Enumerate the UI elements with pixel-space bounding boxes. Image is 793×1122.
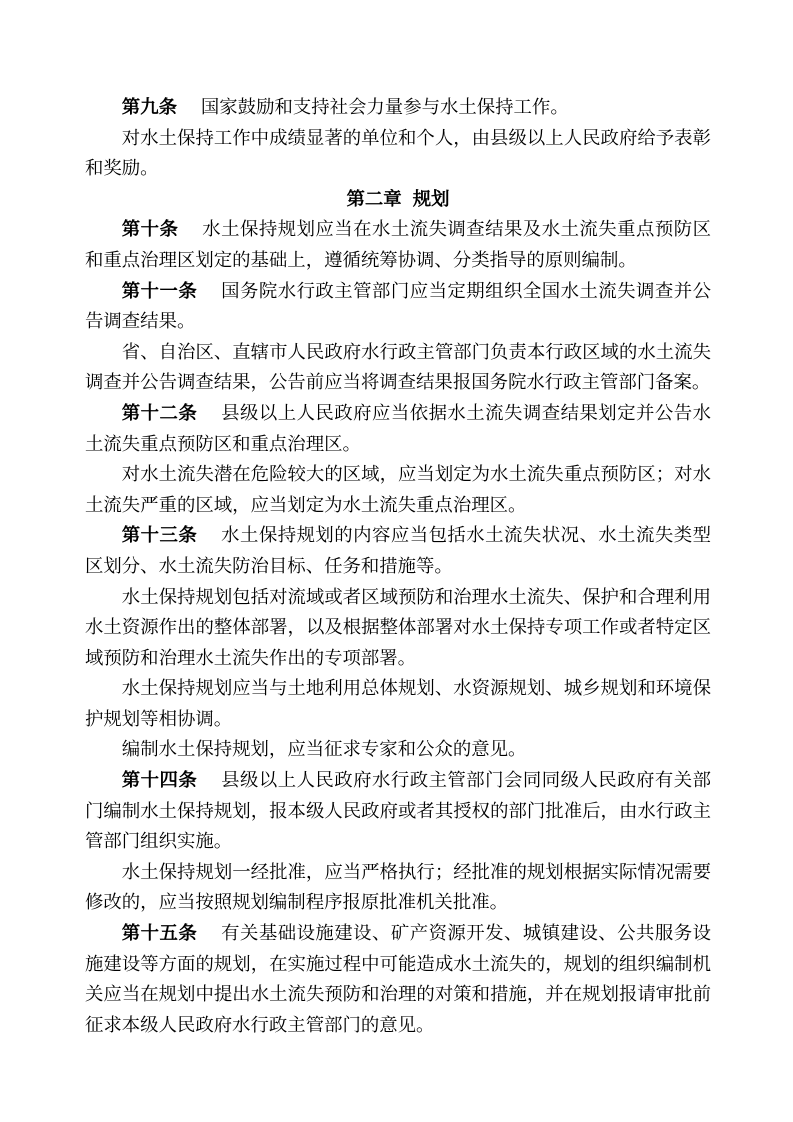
chapter-heading: 第二章 规划	[85, 184, 711, 215]
article-number: 第十一条	[122, 281, 197, 301]
article-number: 第十三条	[122, 525, 197, 545]
paragraph-text: 水土保持规划应当与土地利用总体规划、水资源规划、城乡规划和环境保护规划等相协调。	[85, 678, 711, 729]
body-paragraph: 水土保持规划一经批准，应当严格执行；经批准的规划根据实际情况需要修改的，应当按照…	[85, 857, 711, 918]
article-paragraph: 第十二条县级以上人民政府应当依据水土流失调查结果划定并公告水土流失重点预防区和重…	[85, 398, 711, 459]
article-paragraph: 第十四条县级以上人民政府水行政主管部门会同同级人民政府有关部门编制水土保持规划，…	[85, 765, 711, 857]
paragraph-text: 水土保持规划一经批准，应当严格执行；经批准的规划根据实际情况需要修改的，应当按照…	[85, 862, 711, 913]
chapter-heading-text: 第二章 规划	[347, 189, 450, 209]
article-number: 第九条	[122, 97, 177, 117]
body-paragraph: 对水土保持工作中成绩显著的单位和个人，由县级以上人民政府给予表彰和奖励。	[85, 123, 711, 184]
article-text: 水土保持规划应当在水土流失调查结果及水土流失重点预防区和重点治理区划定的基础上，…	[85, 219, 711, 270]
body-paragraph: 水土保持规划包括对流域或者区域预防和治理水土流失、保护和合理利用水土资源作出的整…	[85, 582, 711, 674]
article-number: 第十二条	[122, 403, 197, 423]
article-paragraph: 第十五条有关基础设施建设、矿产资源开发、城镇建设、公共服务设施建设等方面的规划，…	[85, 918, 711, 1040]
article-number: 第十五条	[122, 923, 197, 943]
paragraph-text: 水土保持规划包括对流域或者区域预防和治理水土流失、保护和合理利用水土资源作出的整…	[85, 587, 711, 668]
document-page: 第九条国家鼓励和支持社会力量参与水土保持工作。 对水土保持工作中成绩显著的单位和…	[0, 0, 793, 1122]
body-paragraph: 对水土流失潜在危险较大的区域，应当划定为水土流失重点预防区；对水土流失严重的区域…	[85, 459, 711, 520]
article-text: 国家鼓励和支持社会力量参与水土保持工作。	[201, 97, 569, 117]
article-paragraph: 第十三条水土保持规划的内容应当包括水土流失状况、水土流失类型区划分、水土流失防治…	[85, 520, 711, 581]
paragraph-text: 省、自治区、直辖市人民政府水行政主管部门负责本行政区域的水土流失调查并公告调查结…	[85, 342, 711, 393]
body-paragraph: 省、自治区、直辖市人民政府水行政主管部门负责本行政区域的水土流失调查并公告调查结…	[85, 337, 711, 398]
body-paragraph: 编制水土保持规划，应当征求专家和公众的意见。	[85, 734, 711, 765]
paragraph-text: 编制水土保持规划，应当征求专家和公众的意见。	[122, 739, 527, 759]
article-number: 第十四条	[122, 770, 197, 790]
article-paragraph: 第十条水土保持规划应当在水土流失调查结果及水土流失重点预防区和重点治理区划定的基…	[85, 214, 711, 275]
article-paragraph: 第十一条国务院水行政主管部门应当定期组织全国水土流失调查并公告调查结果。	[85, 276, 711, 337]
paragraph-text: 对水土保持工作中成绩显著的单位和个人，由县级以上人民政府给予表彰和奖励。	[85, 128, 711, 179]
article-paragraph: 第九条国家鼓励和支持社会力量参与水土保持工作。	[85, 92, 711, 123]
article-number: 第十条	[122, 219, 179, 239]
paragraph-text: 对水土流失潜在危险较大的区域，应当划定为水土流失重点预防区；对水土流失严重的区域…	[85, 464, 711, 515]
body-paragraph: 水土保持规划应当与土地利用总体规划、水资源规划、城乡规划和环境保护规划等相协调。	[85, 673, 711, 734]
